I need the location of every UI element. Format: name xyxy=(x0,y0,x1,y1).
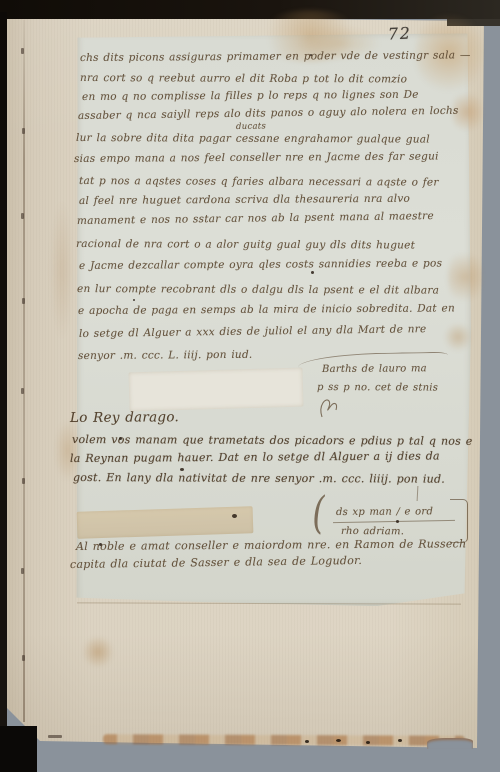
manuscript-line: racional de nra cort o a alor guitg gual… xyxy=(76,238,415,251)
manuscript-line: nra cort so q reebut aurro el dit Roba p… xyxy=(80,72,407,85)
binding-gutter xyxy=(0,12,7,744)
manuscript-line: al feel nre huguet cardona scriva dla th… xyxy=(79,193,410,207)
ink-blot xyxy=(336,739,341,742)
manuscript-line: volem vos manam que trametats dos picado… xyxy=(72,433,473,448)
stitch-mark xyxy=(21,568,24,574)
ink-blot xyxy=(133,299,135,301)
blank-paper-patch xyxy=(128,368,303,412)
fold-crease xyxy=(23,20,25,722)
manuscript-line: gost. En lany dla nativitat de nre senyo… xyxy=(73,471,445,486)
manuscript-line: senyor .m. ccc. L. iiij. pon iud. xyxy=(78,349,253,362)
stitch-mark xyxy=(21,48,24,54)
stitch-mark xyxy=(48,735,62,738)
stitch-mark xyxy=(22,128,25,134)
manuscript-line: la Reynan pugam hauer. Dat en lo setge d… xyxy=(70,449,440,465)
ink-blot xyxy=(396,520,399,523)
book-cover-corner xyxy=(0,726,37,772)
ink-blot xyxy=(310,54,312,56)
stain xyxy=(50,200,74,340)
ink-blot xyxy=(119,437,122,440)
stitch-mark xyxy=(21,388,24,394)
torn-corner xyxy=(427,738,473,749)
registration-note-line: rho adriam. xyxy=(341,526,404,537)
registration-note-line: ds xp man / e ord xyxy=(336,506,433,518)
stain xyxy=(444,322,472,352)
ink-blot xyxy=(366,741,370,744)
manuscript-line: tat p nos a aqstes coses q faries albara… xyxy=(79,175,439,189)
manuscript-line: en lur compte recobrant dls o dalgu dls … xyxy=(77,283,439,297)
interlinear-insertion: ducats xyxy=(236,121,266,132)
stain xyxy=(448,246,482,308)
signature-line: p ss p no. cet de stnis xyxy=(317,382,438,394)
manuscript-line: en mo q no complisse la filles p lo reps… xyxy=(82,89,419,103)
ink-blot xyxy=(398,739,402,742)
glue-strip xyxy=(77,506,254,539)
stitch-mark xyxy=(21,213,24,219)
manuscript-photo: 72 chs dits picons assiguras primamer en… xyxy=(0,0,500,772)
signature-flourish-icon xyxy=(316,395,346,423)
stain xyxy=(82,636,114,668)
signature-line: Barths de lauro ma xyxy=(322,363,427,375)
bottom-edge-rot xyxy=(103,734,465,746)
stitch-mark xyxy=(22,655,25,661)
ink-blot xyxy=(311,271,314,274)
ink-blot xyxy=(180,468,184,471)
ink-blot xyxy=(232,514,237,518)
ink-blot xyxy=(99,543,102,546)
letter-heading: Lo Rey darago. xyxy=(70,409,179,426)
manuscript-line: e Jacme dezcallar compte oyra qles costs… xyxy=(79,257,442,272)
spine-shadow xyxy=(0,0,500,19)
stitch-mark xyxy=(22,298,25,304)
address-line: Al noble e amat conseller e maiordom nre… xyxy=(76,537,466,553)
manuscript-line: sias empo mana a nos feel conseller nre … xyxy=(74,150,439,165)
bracket-open: ( xyxy=(312,492,326,537)
ink-blot xyxy=(305,740,309,743)
folio-number: 72 xyxy=(388,23,412,43)
manuscript-line: lur la sobre dita dita pagar cessane eng… xyxy=(76,132,430,146)
stitch-mark xyxy=(22,478,25,484)
